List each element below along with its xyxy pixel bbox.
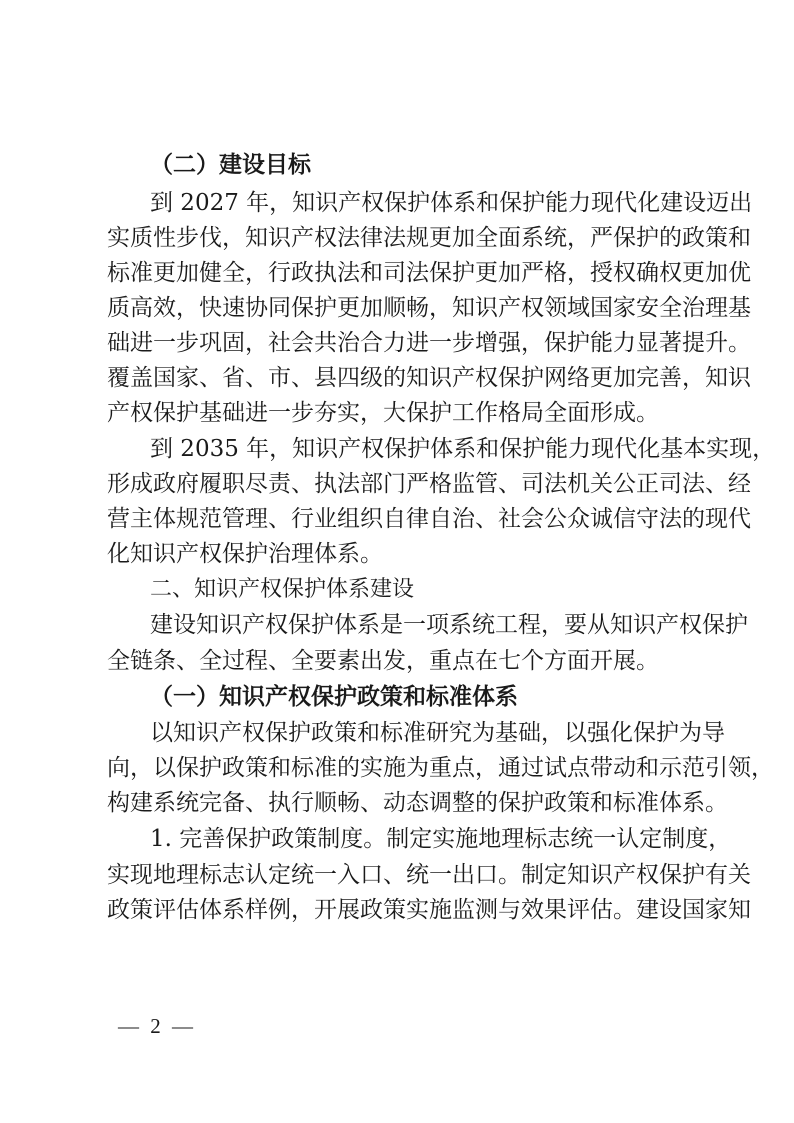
paragraph-line: 全链条、全过程、全要素出发，重点在七个方面开展。: [107, 644, 693, 679]
section-heading: （二）建设目标: [150, 148, 693, 183]
paragraph-line: 质高效，快速协同保护更加顺畅，知识产权领域国家安全治理基: [107, 291, 693, 326]
paragraph-line: 产权保护基础进一步夯实，大保护工作格局全面形成。: [107, 396, 693, 431]
document-page: （二）建设目标到 2027 年，知识产权保护体系和保护能力现代化建设迈出实质性步…: [0, 0, 794, 1123]
paragraph-line: 营主体规范管理、行业组织自律自治、社会公众诚信守法的现代: [107, 502, 693, 537]
paragraph-line: 实质性步伐，知识产权法律法规更加全面系统，严保护的政策和: [107, 221, 693, 256]
section-heading: （一）知识产权保护政策和标准体系: [150, 680, 693, 715]
paragraph-line: 形成政府履职尽责、执法部门严格监管、司法机关公正司法、经: [107, 467, 693, 502]
paragraph-line: 向，以保护政策和标准的实施为重点，通过试点带动和示范引领，: [107, 751, 693, 786]
paragraph-line: 建设知识产权保护体系是一项系统工程，要从知识产权保护: [150, 608, 693, 643]
paragraph-line: 1. 完善保护政策制度。制定实施地理标志统一认定制度，: [150, 822, 693, 857]
paragraph-line: 政策评估体系样例，开展政策实施监测与效果评估。建设国家知: [107, 893, 693, 928]
paragraph-line: 到 2027 年，知识产权保护体系和保护能力现代化建设迈出: [150, 186, 693, 221]
paragraph-line: 标准更加健全，行政执法和司法保护更加严格，授权确权更加优: [107, 256, 693, 291]
page-number: — 2 —: [118, 1012, 196, 1040]
paragraph-line: 实现地理标志认定统一入口、统一出口。制定知识产权保护有关: [107, 858, 693, 893]
paragraph-line: 础进一步巩固，社会共治合力进一步增强，保护能力显著提升。: [107, 326, 693, 361]
paragraph-line: 覆盖国家、省、市、县四级的知识产权保护网络更加完善，知识: [107, 361, 693, 396]
paragraph-line: 以知识产权保护政策和标准研究为基础，以强化保护为导: [150, 716, 693, 751]
paragraph-line: 到 2035 年，知识产权保护体系和保护能力现代化基本实现，: [150, 432, 693, 467]
paragraph-line: 构建系统完备、执行顺畅、动态调整的保护政策和标准体系。: [107, 786, 693, 821]
section-heading: 二、知识产权保护体系建设: [150, 572, 693, 607]
paragraph-line: 化知识产权保护治理体系。: [107, 537, 693, 572]
